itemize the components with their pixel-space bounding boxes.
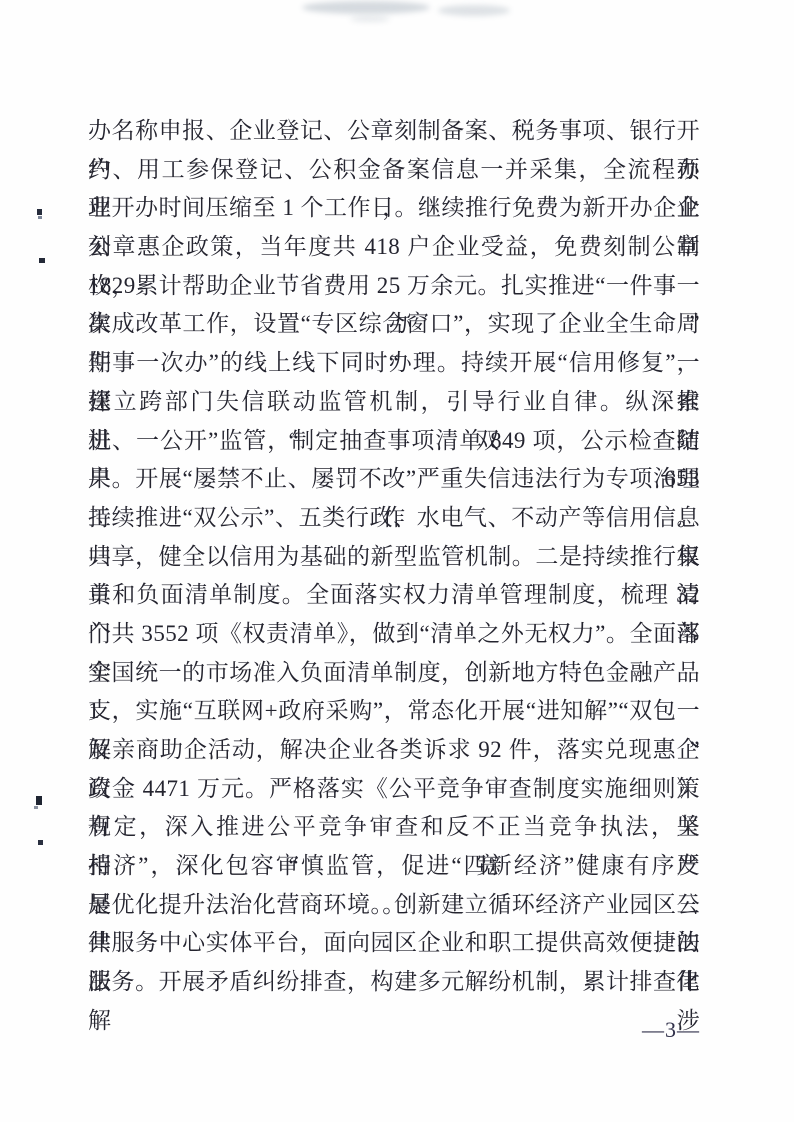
text-line: 公章惠企政策，当年度共 418 户企业受益，免费刻制公章 1829	[88, 228, 700, 267]
text-line: 全国统一的市场准入负面清单制度，创新地方特色金融产品 1	[88, 654, 700, 693]
text-line: 门共 3552 项《权责清单》，做到“清单之外无权力”。全面落实	[88, 615, 700, 654]
scan-smudge	[302, 1, 430, 14]
text-line: 户。开展“屡禁不止、屡罚不改”严重失信违法行为专项治理工作。	[88, 460, 700, 499]
body-text: 办名称申报、企业登记、公章刻制备案、税务事项、银行开户预 约、用工参保登记、公积…	[88, 112, 700, 1002]
scan-smudge	[350, 16, 390, 22]
text-line: 建立跨部门失信联动监管机制，引导行业自律。纵深推进“双随	[88, 383, 700, 422]
text-line: 资金 4471 万元。严格落实《公平竞争审查制度实施细则》有关	[88, 770, 700, 809]
text-line: 件事一次办”的线上线下同时办理。持续开展“信用修复”，探索	[88, 344, 700, 383]
text-line: 规定，深入推进公平竞争审查和反不正当竞争执法，坚持“宽严	[88, 808, 700, 847]
scan-speck	[38, 840, 43, 845]
text-line: 是优化提升法治化营商环境。创新建立循环经济产业园区公共法	[88, 886, 700, 925]
text-line: 支，实施“互联网+政府采购”，常态化开展“进知解”“双包一解”	[88, 692, 700, 731]
scan-speck	[36, 796, 42, 805]
text-line: 约、用工参保登记、公积金备案信息一并采集，全流程办理，企	[88, 151, 700, 190]
scan-speck	[34, 806, 38, 809]
scan-speck	[38, 216, 42, 219]
text-line: 及亲商助企活动，解决企业各类诉求 92 件，落实兑现惠企政策	[88, 731, 700, 770]
text-line: 办名称申报、企业登记、公章刻制备案、税务事项、银行开户预	[88, 112, 700, 151]
text-line: 相济”，深化包容审慎监管，促进“四新经济”健康有序发展。三	[88, 847, 700, 886]
text-line: 业开办时间压缩至 1 个工作日。继续推行免费为新开办企业刻制	[88, 189, 700, 228]
text-line: 单和负面清单制度。全面落实权力清单管理制度，梳理 32 个部	[88, 576, 700, 615]
text-line: 共享，健全以信用为基础的新型监管机制。二是持续推行权责清	[88, 538, 700, 577]
text-line: 服务。开展矛盾纠纷排查，构建多元解纷机制，累计排查化解涉	[88, 963, 700, 1002]
scan-smudge	[438, 5, 510, 16]
scanned-document-page: 办名称申报、企业登记、公章刻制备案、税务事项、银行开户预 约、用工参保登记、公积…	[0, 0, 794, 1122]
text-line: 机、一公开”监管，制定抽查事项清单 849 项，公示检查结果 653	[88, 422, 700, 461]
text-line: 枚，累计帮助企业节省费用 25 万余元。扎实推进“一件事一次办”	[88, 267, 700, 306]
text-line: 律服务中心实体平台，面向园区企业和职工提供高效便捷的法律	[88, 924, 700, 963]
text-line: 持续推进“双公示”、五类行政、水电气、不动产等信用信息归集	[88, 499, 700, 538]
scan-speck	[39, 258, 45, 263]
text-line: 集成改革工作，设置“专区综合窗口”，实现了企业全生命周期“一	[88, 305, 700, 344]
page-number: —3—	[88, 1017, 700, 1043]
scan-speck	[37, 209, 42, 215]
